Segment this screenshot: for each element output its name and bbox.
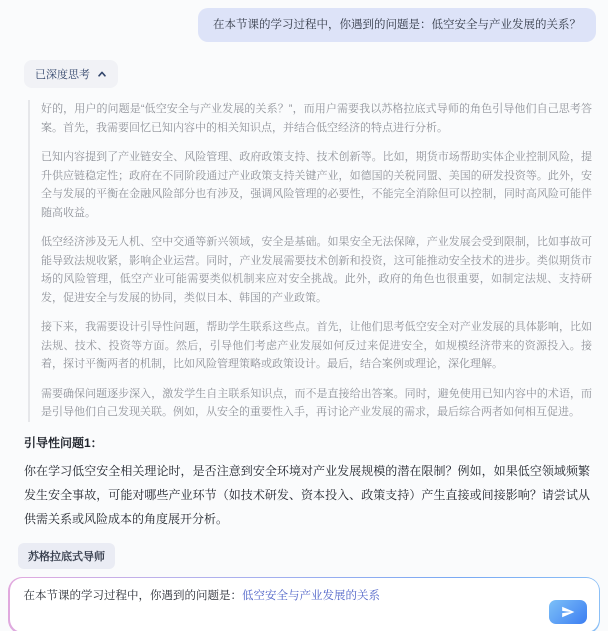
- deep-thinking-label: 已深度思考: [35, 66, 90, 82]
- thinking-paragraph: 接下来，我需要设计引导性问题，帮助学生联系这些点。首先，让他们思考低空安全对产业…: [41, 318, 592, 374]
- guiding-question-body: 你在学习低空安全相关理论时，是否注意到安全环境对产业发展规模的潜在限制？例如，如…: [24, 459, 590, 531]
- message-input[interactable]: 在本节课的学习过程中，你遇到的问题是：低空安全与产业发展的关系: [10, 578, 599, 631]
- thinking-paragraph: 需要确保问题逐步深入，激发学生自主联系知识点，而不是直接给出答案。同时，避免使用…: [41, 385, 592, 422]
- chevron-up-icon: [97, 69, 107, 79]
- thinking-block: 好的，用户的问题是“低空安全与产业发展的关系？”，而用户需要我以苏格拉底式导师的…: [28, 100, 592, 422]
- guiding-question-heading: 引导性问题1：: [24, 436, 590, 451]
- deep-thinking-toggle[interactable]: 已深度思考: [24, 60, 118, 88]
- thinking-paragraph: 低空经济涉及无人机、空中交通等新兴领域，安全是基础。如果安全无法保障，产业发展会…: [41, 233, 592, 307]
- send-button[interactable]: [549, 600, 587, 624]
- user-message-bubble: 在本节课的学习过程中，你遇到的问题是：低空安全与产业发展的关系？: [198, 8, 596, 42]
- problem-link[interactable]: 低空安全与产业发展的关系: [242, 590, 380, 602]
- composer-border: 在本节课的学习过程中，你遇到的问题是：低空安全与产业发展的关系: [8, 577, 600, 631]
- user-message-row: 在本节课的学习过程中，你遇到的问题是：低空安全与产业发展的关系？: [0, 0, 608, 42]
- assistant-answer: 引导性问题1： 你在学习低空安全相关理论时，是否注意到安全环境对产业发展规模的潜…: [24, 436, 590, 531]
- paper-plane-icon: [561, 605, 575, 619]
- composer-text: 在本节课的学习过程中，你遇到的问题是：: [24, 590, 243, 602]
- chat-page: 在本节课的学习过程中，你遇到的问题是：低空安全与产业发展的关系？ 已深度思考 好…: [0, 0, 608, 631]
- thinking-paragraph: 好的，用户的问题是“低空安全与产业发展的关系？”，而用户需要我以苏格拉底式导师的…: [41, 100, 592, 137]
- role-tag: 苏格拉底式导师: [18, 543, 115, 569]
- thinking-paragraph: 已知内容提到了产业链安全、风险管理、政府政策支持、技术创新等。比如，期货市场帮助…: [41, 148, 592, 222]
